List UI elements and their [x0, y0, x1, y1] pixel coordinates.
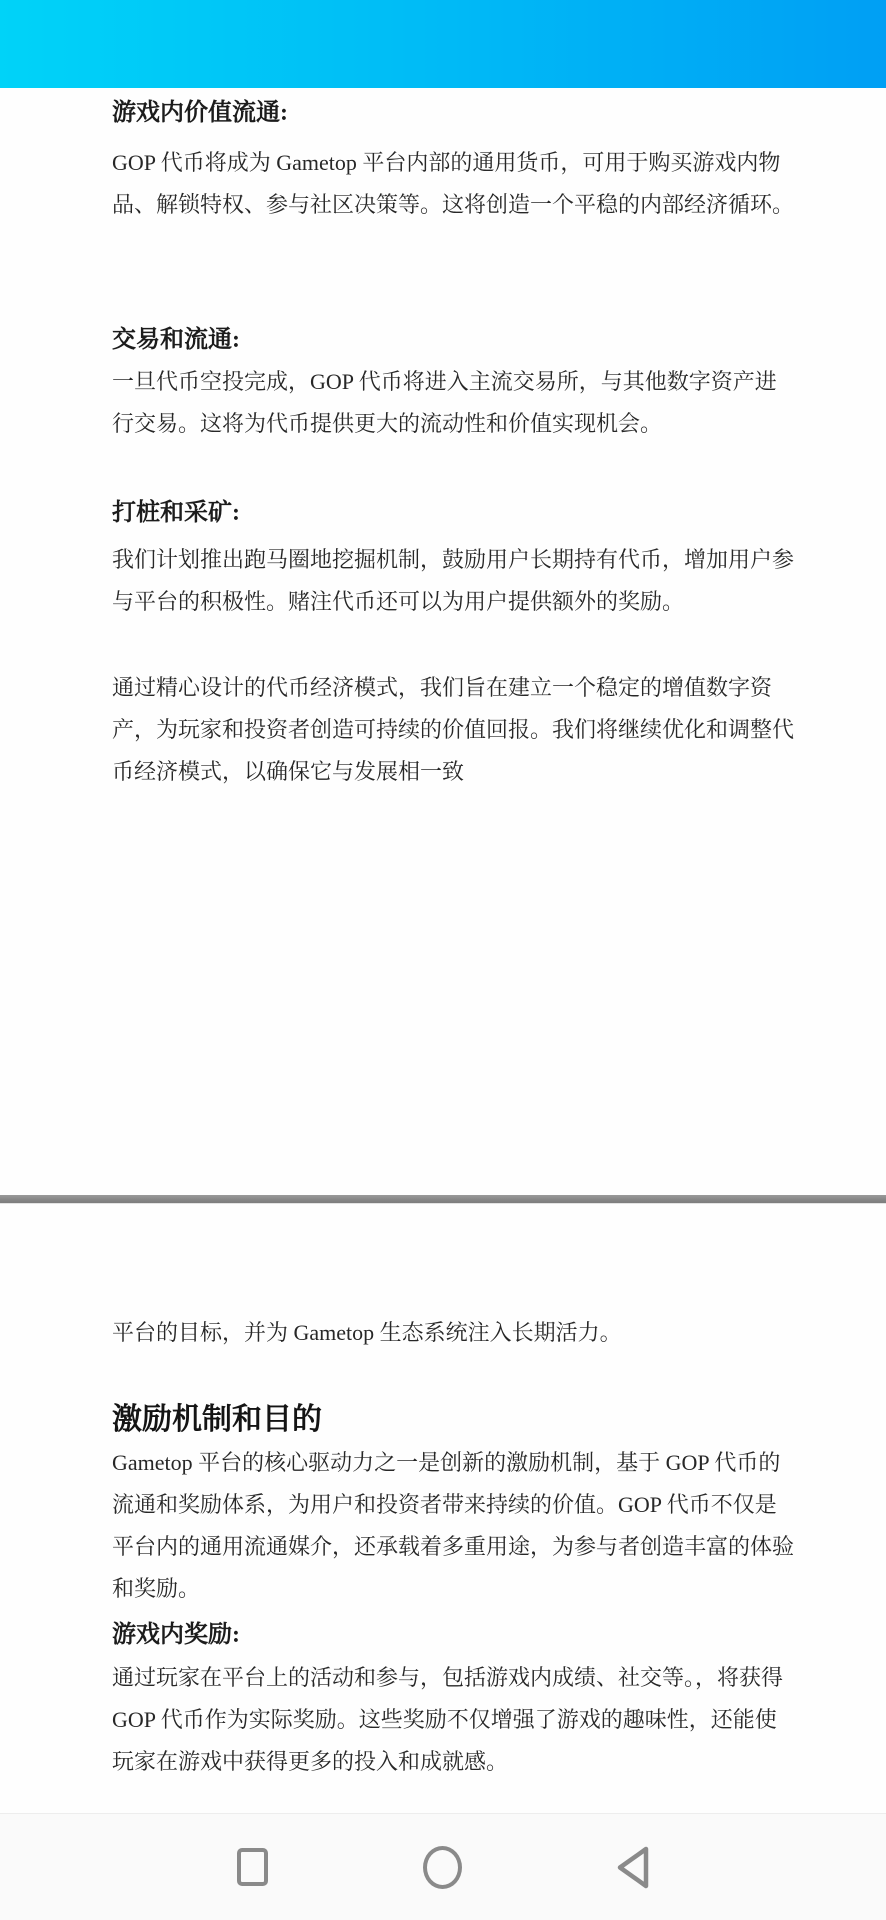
paragraph-value-circulation: GOP 代币将成为 Gametop 平台内部的通用货币，可用于购买游戏内物品、解… [112, 142, 794, 226]
paragraph-staking: 我们计划推出跑马圈地挖掘机制，鼓励用户长期持有代币，增加用户参与平台的积极性。赌… [112, 539, 794, 623]
recents-square-icon [237, 1848, 268, 1886]
status-bar [0, 0, 886, 88]
home-button[interactable] [407, 1824, 477, 1910]
document-scroll-area[interactable]: 游戏内价值流通: GOP 代币将成为 Gametop 平台内部的通用货币，可用于… [0, 88, 886, 1813]
paragraph-token-economy-summary: 通过精心设计的代币经济模式，我们旨在建立一个稳定的增值数字资产，为玩家和投资者创… [112, 667, 794, 793]
heading-incentive-mechanism: 激励机制和目的 [112, 1397, 794, 1443]
paragraph-rewards: 通过玩家在平台上的活动和参与，包括游戏内成绩、社交等。，将获得 GOP 代币作为… [112, 1657, 794, 1783]
android-navigation-bar [0, 1813, 886, 1920]
home-circle-icon [423, 1846, 462, 1889]
back-button[interactable] [597, 1824, 667, 1910]
phone-screen: 游戏内价值流通: GOP 代币将成为 Gametop 平台内部的通用货币，可用于… [0, 0, 886, 1920]
page-separator [0, 1195, 886, 1204]
back-triangle-icon [612, 1844, 652, 1891]
paragraph-platform-goal: 平台的目标，并为 Gametop 生态系统注入长期活力。 [112, 1312, 794, 1354]
heading-trading-circulation: 交易和流通: [112, 319, 794, 361]
heading-in-game-rewards: 游戏内奖励: [112, 1614, 794, 1656]
heading-in-game-value-circulation: 游戏内价值流通: [112, 92, 794, 134]
heading-staking-mining: 打桩和采矿: [112, 492, 794, 534]
paragraph-incentive: Gametop 平台的核心驱动力之一是创新的激励机制，基于 GOP 代币的流通和… [112, 1442, 794, 1610]
recents-button[interactable] [217, 1824, 287, 1910]
paragraph-trading: 一旦代币空投完成，GOP 代币将进入主流交易所，与其他数字资产进行交易。这将为代… [112, 361, 794, 445]
